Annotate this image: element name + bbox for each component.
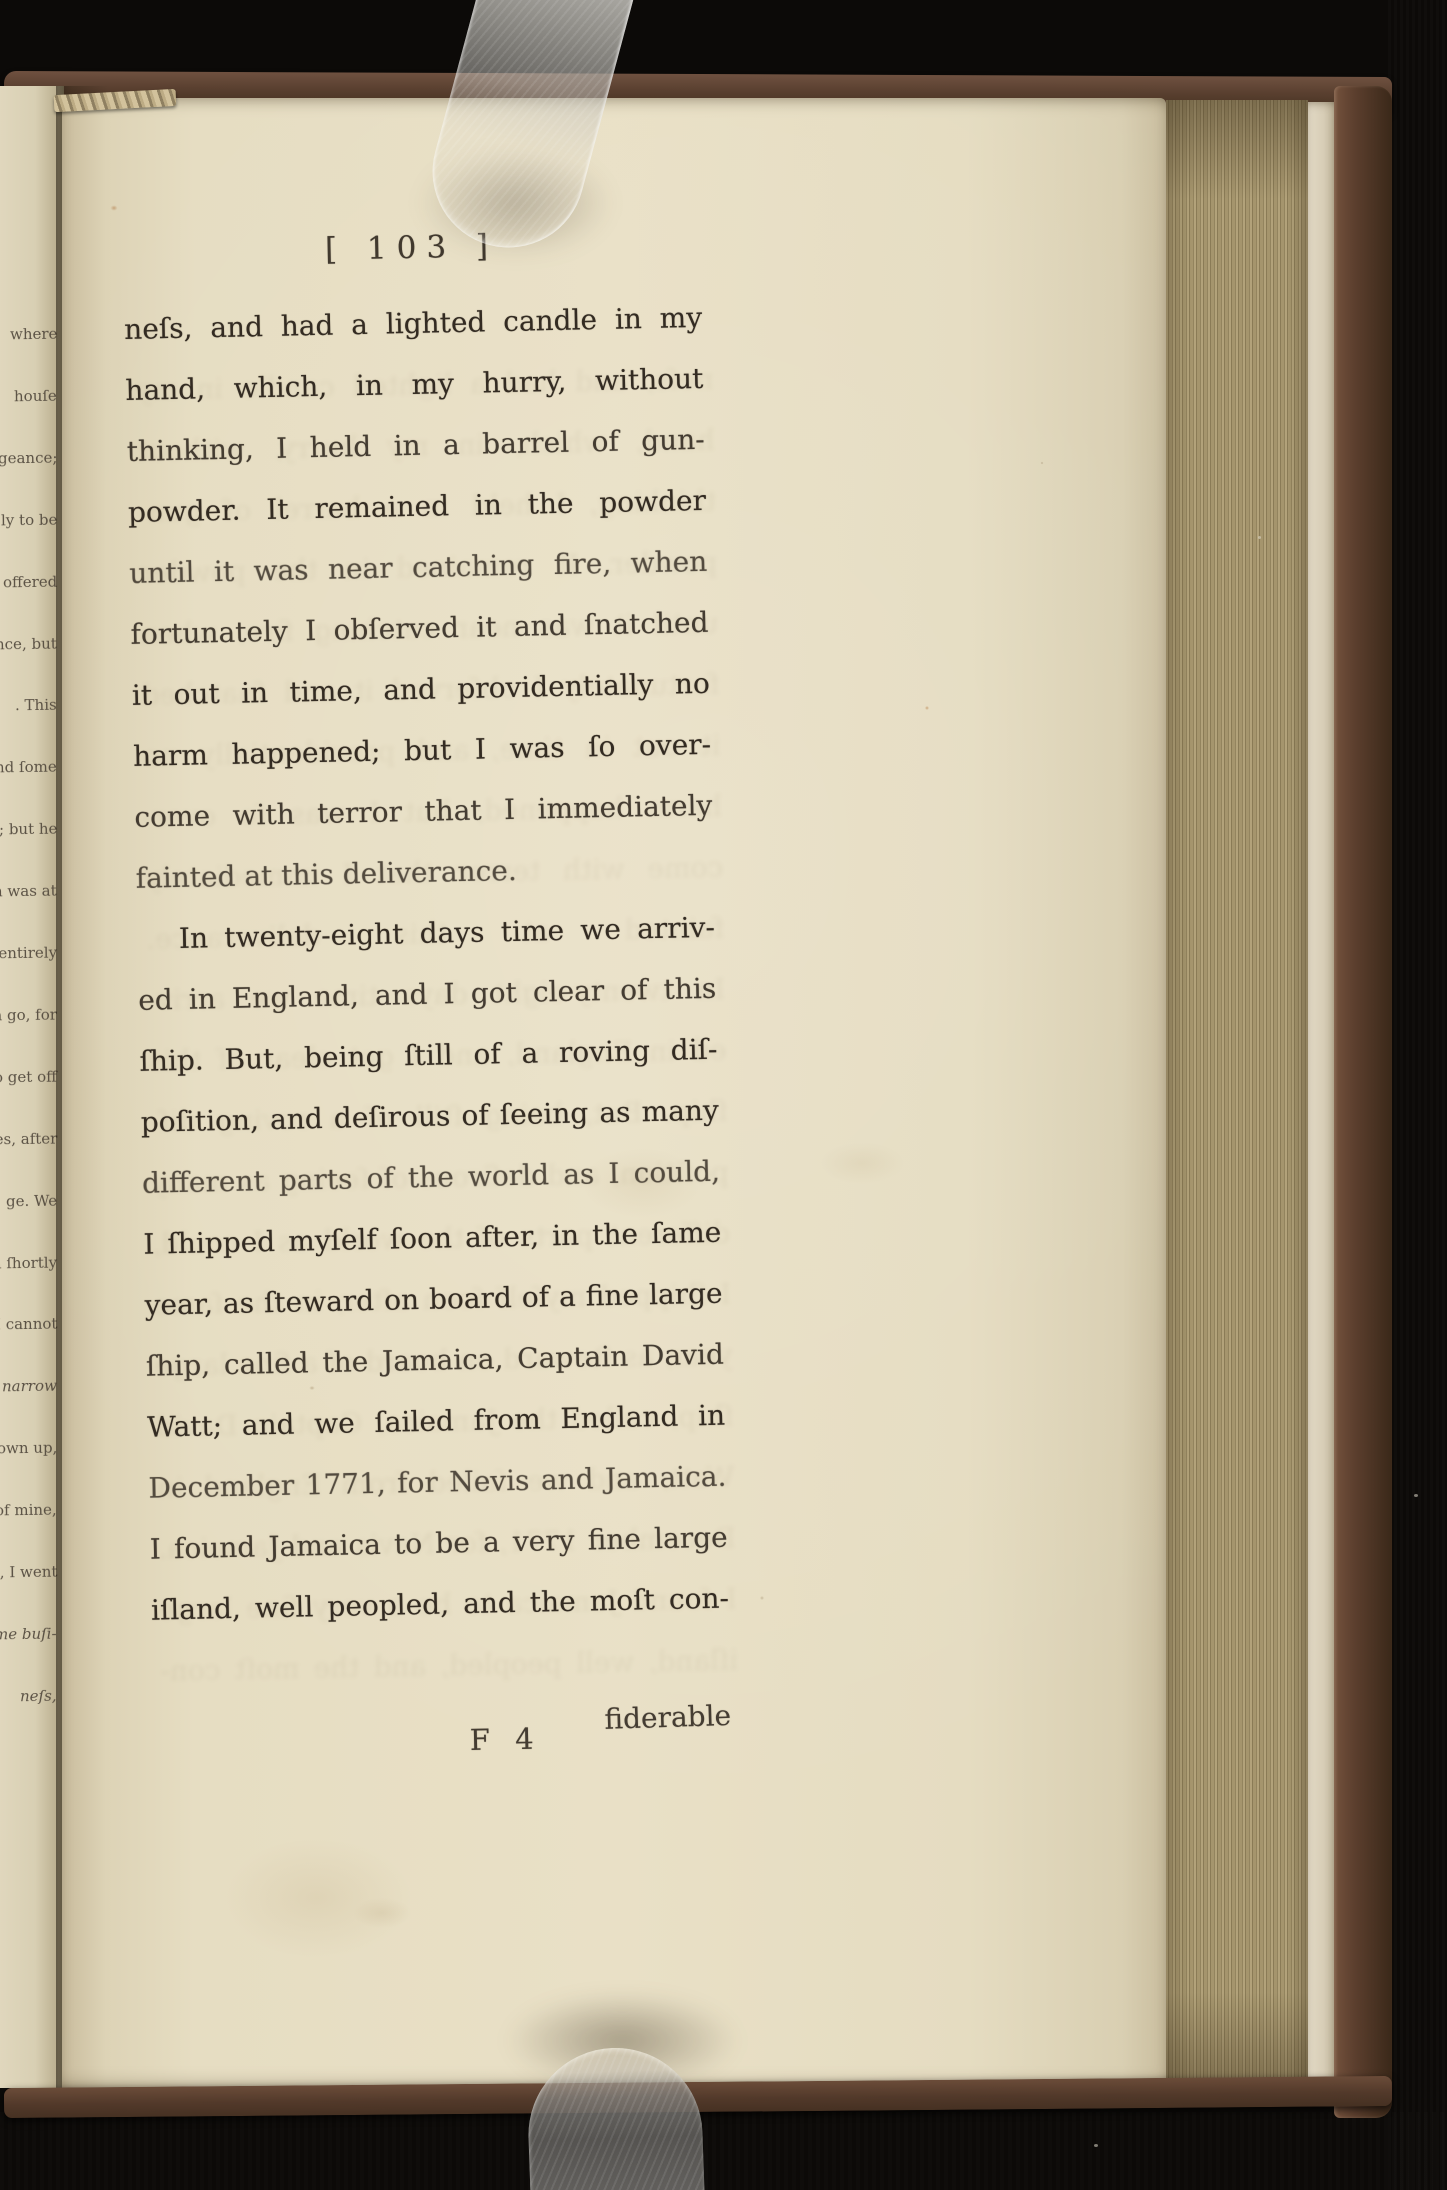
facing-page-fragment: of mine,	[0, 1501, 57, 1520]
background-cloth-bottom	[0, 2112, 1447, 2190]
dust-speck	[1094, 2144, 1098, 2147]
facing-page-fragment: offered	[3, 572, 57, 591]
facing-page-fragment: ly to be	[1, 510, 58, 529]
text-line: iſland, well peopled, and the moſt con-	[150, 1568, 729, 1641]
facing-page-fragment: hes, after	[0, 1129, 57, 1148]
facing-page-fragment: d entirely	[0, 944, 57, 963]
facing-page-fragment: where	[9, 325, 57, 344]
signature-row: F 4 fiderable	[153, 1704, 732, 1777]
background-cloth	[1388, 0, 1447, 2190]
dust-speck	[1414, 1494, 1418, 1497]
photo-scene: wherehouſegeance;ly to beofferednce, but…	[0, 0, 1447, 2190]
endpaper-strip	[1308, 102, 1334, 2092]
text-line: ed in England, and I got clear of this	[138, 958, 717, 1031]
stain	[222, 1838, 412, 1958]
text-line: thinking, I held in a barrel of gun-	[126, 409, 705, 482]
text-line: ſhip, called the Jamaica, Captain David	[145, 1324, 724, 1397]
facing-page-fragment: ; but he	[0, 820, 57, 839]
ghost-text-line: iſland, well peopled, and the moſt con-	[160, 1629, 739, 1701]
facing-page-fragment: I cannot	[0, 1315, 57, 1334]
facing-page-fragment: geance;	[0, 448, 57, 467]
facing-page-fragment: . This	[15, 696, 57, 715]
facing-page-fragment: l, I went	[0, 1563, 57, 1582]
text-block: neſs, and had a lighted candle in myhand…	[124, 287, 730, 1641]
facing-page-fragment: m go, for	[0, 1005, 57, 1024]
facing-page-fragment: nce, but	[0, 634, 57, 653]
signature-mark: F 4	[469, 1722, 533, 1757]
facing-page-fragment: ge. We	[6, 1191, 57, 1210]
text-line: I found Jamaica to be a very fine large	[149, 1507, 728, 1580]
page-number-header: [ 103 ]	[122, 212, 701, 285]
facing-page-fragment: narrow	[2, 1377, 57, 1396]
page-block-fore-edge	[1166, 100, 1308, 2092]
book-page: neſs, and had a lighted candle in myhand…	[62, 98, 1166, 2090]
facing-page-fragment: me buſi-	[0, 1625, 57, 1644]
text-line: fainted at this deliverance.	[135, 836, 714, 909]
facing-page-fragment: h was at	[0, 882, 57, 901]
printed-content: [ 103 ] neſs, and had a lighted candle i…	[122, 212, 701, 285]
catchword: fiderable	[604, 1699, 732, 1736]
text-line: different parts of the world as I could,	[141, 1141, 720, 1214]
facing-page-fragment: o get off	[0, 1067, 57, 1086]
facing-page-edge: wherehouſegeance;ly to beofferednce, but…	[0, 86, 64, 2088]
facing-page-fragment: own up,	[0, 1439, 57, 1458]
facing-page-fragment: nd ſome	[0, 758, 57, 777]
facing-page-fragment: houſe	[14, 387, 57, 406]
text-line: fortunately I obſerved it and ſnatched	[130, 592, 709, 665]
dust-speck	[1258, 536, 1261, 539]
book-cover-right-edge	[1334, 86, 1392, 2118]
facing-page-fragment: d ſhortly	[0, 1253, 57, 1272]
facing-page-fragment: neſs,	[20, 1687, 57, 1705]
